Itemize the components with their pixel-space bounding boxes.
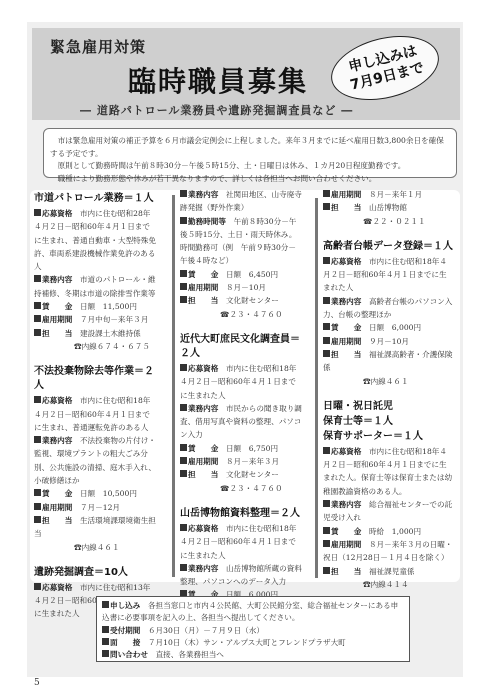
job-title: 保育サポーター＝１人 xyxy=(323,430,453,444)
bullet-square-icon xyxy=(323,500,330,507)
bullet-square-icon xyxy=(180,364,187,371)
bullet-square-icon xyxy=(323,527,330,534)
bullet-square-icon xyxy=(34,275,41,282)
phone-number: ☎内線６７４・６７５ xyxy=(34,340,156,353)
phone-number: ☎２３・４７６０ xyxy=(180,308,302,321)
bullet-square-icon xyxy=(180,524,187,531)
bullet-square-icon xyxy=(102,638,109,645)
bullet-square-icon xyxy=(34,396,41,403)
job-title: 近代大町庶民文化調査員＝２人 xyxy=(180,333,302,361)
column-divider xyxy=(315,198,318,578)
job-patrol: 市道パトロール業務＝１人 応募資格 市内に住む昭和28年４月２日－昭和60年４月… xyxy=(34,192,156,353)
bullet-square-icon xyxy=(34,436,41,443)
intro-box: 市は緊急雇用対策の補正予算を６月市議会定例会に上程しました。来年３月までに延べ雇… xyxy=(43,128,457,178)
bullet-square-icon xyxy=(34,329,41,336)
intro-paragraph: 原則として勤務時間は午前８時30分－午後５時15分、土・日曜日は休み、１カ月20… xyxy=(50,160,450,173)
header-subtitle: ― 道路パトロール業務員や遺跡発掘調査員など ― xyxy=(80,102,353,118)
phone-number: ☎内線４６１ xyxy=(323,375,453,388)
job-title: 不法投棄物除去等作業＝２人 xyxy=(34,365,156,393)
bullet-square-icon xyxy=(34,503,41,510)
bullet-square-icon xyxy=(323,190,330,197)
bullet-square-icon xyxy=(180,270,187,277)
intro-paragraph: 市は緊急雇用対策の補正予算を６月市議会定例会に上程しました。来年３月までに延べ雇… xyxy=(50,135,450,160)
bullet-square-icon xyxy=(34,315,41,322)
bullet-square-icon xyxy=(323,297,330,304)
job-title: 高齢者台帳データ登録＝１人 xyxy=(323,240,453,254)
bullet-square-icon xyxy=(323,567,330,574)
job-childcare: 日曜・祝日託児 保育士等＝１人 保育サポーター＝１人 応募資格 市内に住む昭和1… xyxy=(323,400,453,591)
bullet-square-icon xyxy=(180,564,187,571)
bullet-square-icon xyxy=(323,257,330,264)
page-number: 5 xyxy=(34,678,40,688)
bullet-square-icon xyxy=(323,540,330,547)
job-title: 遺跡発掘調査＝10人 xyxy=(34,566,156,580)
job-dumping: 不法投棄物除去等作業＝２人 応募資格 市内に住む昭和18年４月２日－昭和60年４… xyxy=(34,365,156,554)
application-box: 申し込み 各担当窓口と市内４公民館、大町公民館分室、総合福祉センターにある申込書… xyxy=(96,596,410,662)
job-title: 山岳博物館資料整理＝２人 xyxy=(180,507,302,521)
column-divider xyxy=(172,195,175,577)
bullet-square-icon xyxy=(180,283,187,290)
column-3: 雇用期間 ８月－来年１月 担 当 山岳博物館 ☎２２・０２１１ 高齢者台帳データ… xyxy=(323,188,453,591)
job-museum: 山岳博物館資料整理＝２人 応募資格 市内に住む昭和18年４月２日－昭和60年４月… xyxy=(180,507,302,602)
phone-number: ☎内線４１４ xyxy=(323,578,453,591)
bullet-square-icon xyxy=(323,350,330,357)
bullet-square-icon xyxy=(180,457,187,464)
phone-number: ☎内線４６１ xyxy=(34,541,156,554)
bullet-square-icon xyxy=(34,583,41,590)
bullet-square-icon xyxy=(323,323,330,330)
bullet-square-icon xyxy=(34,516,41,523)
phone-number: ☎２３・４７６０ xyxy=(180,482,302,495)
job-omachi: 近代大町庶民文化調査員＝２人 応募資格 市内に住む昭和18年４月２日－昭和60年… xyxy=(180,333,302,495)
bullet-square-icon xyxy=(180,296,187,303)
job-museum-continued: 雇用期間 ８月－来年１月 担 当 山岳博物館 ☎２２・０２１１ xyxy=(323,188,453,228)
page-title: 臨時職員募集 xyxy=(128,60,308,100)
job-excavation-continued: 業務内容 社関田地区、山寺廃寺跡発掘（野外作業） 勤務時間等 午前８時30分－午… xyxy=(180,188,302,321)
header-kicker: 緊急雇用対策 xyxy=(50,36,146,57)
bullet-square-icon xyxy=(102,626,109,633)
bullet-square-icon xyxy=(323,447,330,454)
bullet-square-icon xyxy=(34,489,41,496)
intro-paragraph: 職種により勤務形態や休みが若干異なりますので、詳しくは各担当へお問い合わせくださ… xyxy=(50,173,450,186)
bullet-square-icon xyxy=(34,209,41,216)
bullet-square-icon xyxy=(180,190,187,197)
bullet-square-icon xyxy=(323,203,330,210)
bullet-square-icon xyxy=(323,337,330,344)
bullet-square-icon xyxy=(102,650,109,657)
bullet-square-icon xyxy=(180,470,187,477)
job-elderly: 高齢者台帳データ登録＝１人 応募資格 市内に住む昭和18年４月２日－昭和60年４… xyxy=(323,240,453,388)
bullet-square-icon xyxy=(102,601,109,608)
job-title: 保育士等＝１人 xyxy=(323,415,453,429)
column-1: 市道パトロール業務＝１人 応募資格 市内に住む昭和28年４月２日－昭和60年４月… xyxy=(34,192,156,621)
bullet-square-icon xyxy=(180,217,187,224)
bullet-square-icon xyxy=(34,302,41,309)
bullet-square-icon xyxy=(180,444,187,451)
job-title: 日曜・祝日託児 xyxy=(323,400,453,414)
bullet-square-icon xyxy=(180,404,187,411)
phone-number: ☎２２・０２１１ xyxy=(323,215,453,228)
job-title: 市道パトロール業務＝１人 xyxy=(34,192,156,206)
column-2: 業務内容 社関田地区、山寺廃寺跡発掘（野外作業） 勤務時間等 午前８時30分－午… xyxy=(180,188,302,602)
